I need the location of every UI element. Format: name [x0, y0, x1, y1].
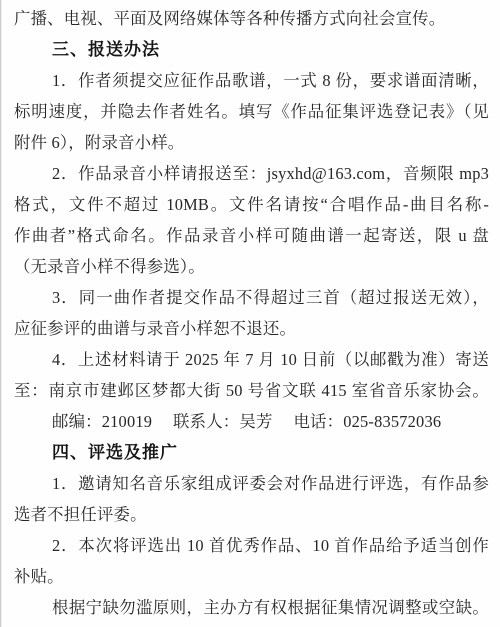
s3-contact-line: 邮编：210019 联系人：吴芳 电话：025-83572036 [14, 406, 489, 437]
s3-item-2-line-2: 格式，文件不超过 10MB。文件名请按“合唱作品-曲目名称- [14, 189, 489, 220]
s4-note-line: 根据宁缺勿滥原则，主办方有权根据征集情况调整或空缺。 [14, 592, 489, 623]
s3-item-3-line-2: 应征参评的曲谱与录音小样恕不退还。 [14, 313, 489, 344]
s3-item-2-line-1: 2．作品录音小样请报送至：jsyxhd@163.com，音频限 mp3 [14, 158, 489, 189]
scan-edge-shadow [0, 0, 2, 627]
s3-item-3-line-1: 3．同一曲作者提交作品不得超过三首（超过报送无效）， [14, 282, 489, 313]
section-4-heading: 四、评选及推广 [14, 437, 489, 468]
s4-item-1-line-1: 1．邀请知名音乐家组成评委会对作品进行评选，有作品参 [14, 468, 489, 499]
s3-item-2-line-3: 作曲者”格式命名。作品录音小样可随曲谱一起寄送，限 u 盘 [14, 220, 489, 251]
document-page: 广播、电视、平面及网络媒体等各种传播方式向社会宣传。 三、报送办法 1．作者须提… [0, 0, 500, 627]
s3-item-2-line-4: （无录音小样不得参选）。 [14, 251, 489, 282]
s4-item-2-line-1: 2．本次将评选出 10 首优秀作品、10 首作品给予适当创作 [14, 530, 489, 561]
s3-item-4-line-1: 4．上述材料请于 2025 年 7 月 10 日前（以邮戳为准）寄送 [14, 344, 489, 375]
s3-item-1-line-2: 标明速度，并隐去作者姓名。填写《作品征集评选登记表》（见 [14, 96, 489, 127]
s4-item-1-line-2: 选者不担任评委。 [14, 499, 489, 530]
s4-item-2-line-2: 补贴。 [14, 561, 489, 592]
section-3-heading: 三、报送办法 [14, 34, 489, 65]
s3-item-1-line-3: 附件 6），附录音小样。 [14, 127, 489, 158]
intro-line: 广播、电视、平面及网络媒体等各种传播方式向社会宣传。 [14, 3, 489, 34]
s3-item-1-line-1: 1．作者须提交应征作品歌谱，一式 8 份，要求谱面清晰， [14, 65, 489, 96]
s3-item-4-line-2: 至：南京市建邺区梦都大街 50 号省文联 415 室省音乐家协会。 [14, 375, 489, 406]
